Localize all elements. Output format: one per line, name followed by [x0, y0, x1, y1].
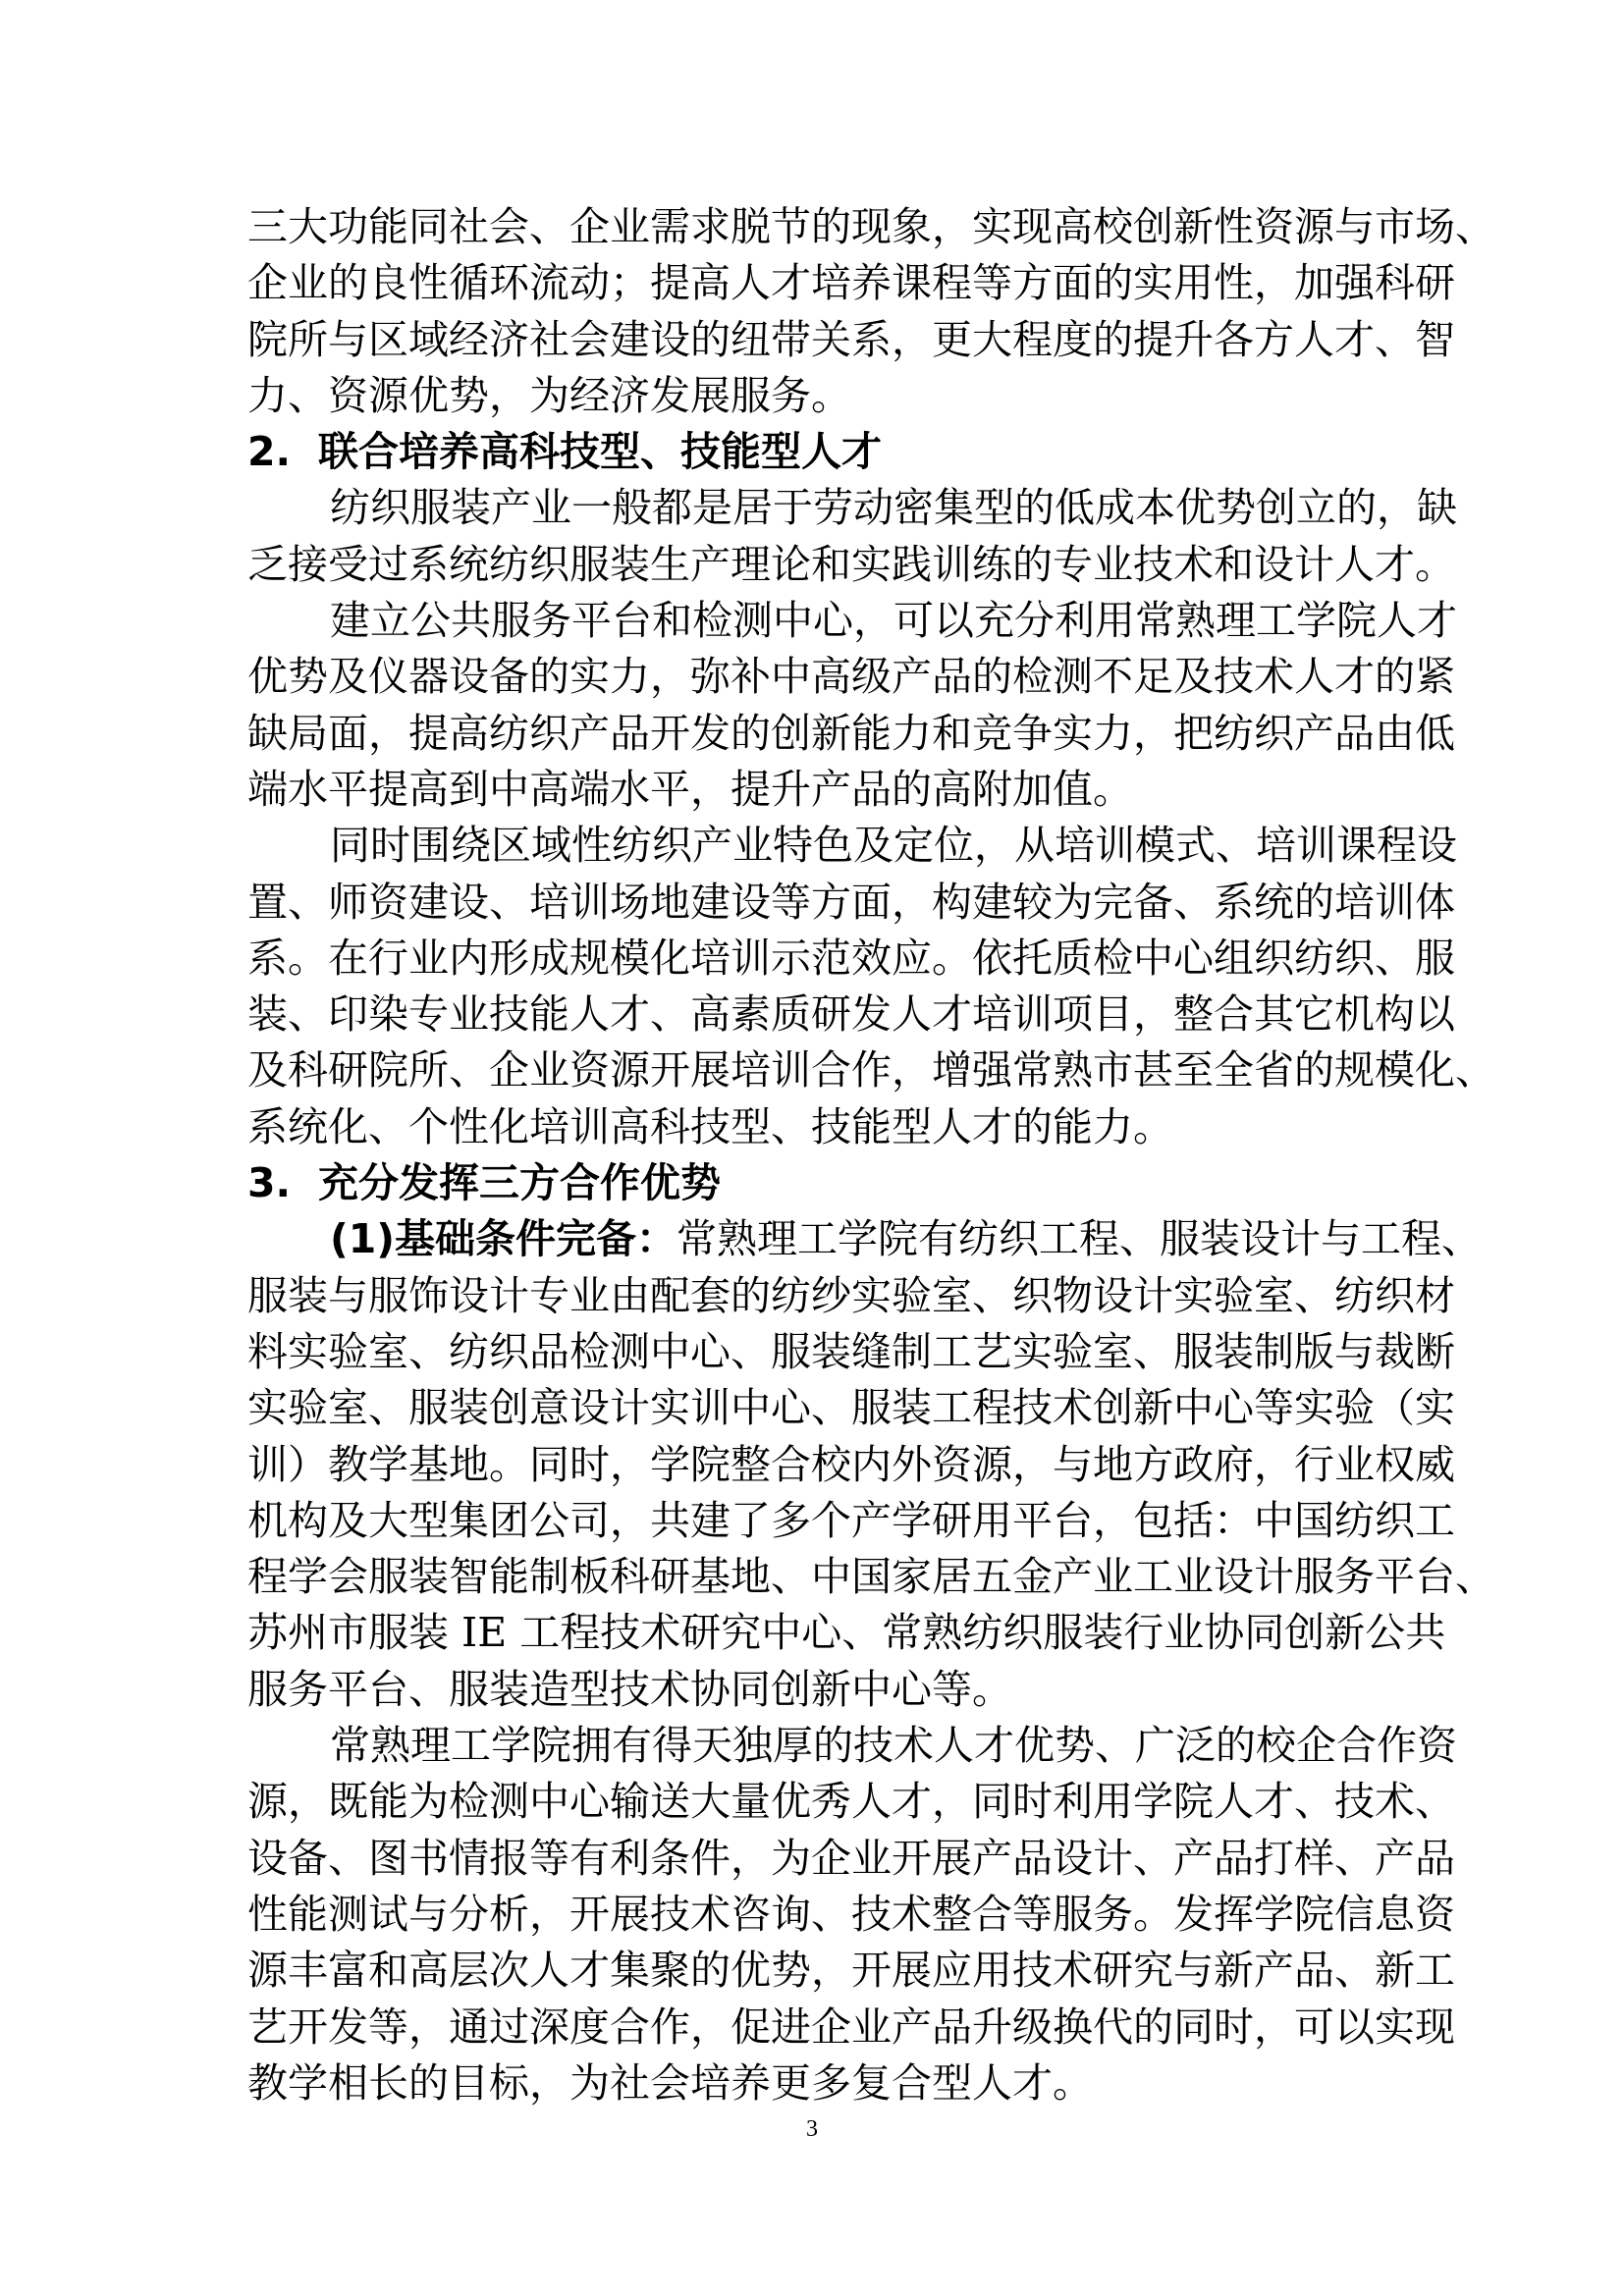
- text-line: 教学相长的目标，为社会培养更多复合型人才。: [247, 2056, 1379, 2111]
- text-line: 服装与服饰设计专业由配套的纺纱实验室、织物设计实验室、纺织材: [247, 1268, 1379, 1324]
- section-number: 2.: [247, 424, 318, 480]
- paragraph: 纺织服装产业一般都是居于劳动密集型的低成本优势创立的，缺乏接受过系统纺织服装生产…: [247, 480, 1379, 593]
- paragraph: (1)基础条件完备：常熟理工学院有纺织工程、服装设计与工程、服装与服饰设计专业由…: [247, 1211, 1379, 1718]
- text-line: 纺织服装产业一般都是居于劳动密集型的低成本优势创立的，缺: [247, 480, 1379, 536]
- text-line: 及科研院所、企业资源开展培训合作，增强常熟市甚至全省的规模化、: [247, 1042, 1379, 1098]
- item-text: 常熟理工学院有纺织工程、服装设计与工程、: [677, 1215, 1482, 1262]
- text-line: 料实验室、纺织品检测中心、服装缝制工艺实验室、服装制版与裁断: [247, 1324, 1379, 1380]
- section-number: 3.: [247, 1155, 318, 1211]
- text-line: 机构及大型集团公司，共建了多个产学研用平台，包括：中国纺织工: [247, 1493, 1379, 1549]
- item-lead-label: (1)基础条件完备：: [330, 1215, 677, 1262]
- text-line: (1)基础条件完备：常熟理工学院有纺织工程、服装设计与工程、: [247, 1211, 1379, 1267]
- text-line: 乏接受过系统纺织服装生产理论和实践训练的专业技术和设计人才。: [247, 537, 1379, 593]
- document-page: 三大功能同社会、企业需求脱节的现象，实现高校创新性资源与市场、企业的良性循环流动…: [0, 0, 1624, 2296]
- section-title: 充分发挥三方合作优势: [318, 1159, 721, 1206]
- text-line: 置、师资建设、培训场地建设等方面，构建较为完备、系统的培训体: [247, 875, 1379, 931]
- text-line: 苏州市服装 IE 工程技术研究中心、常熟纺织服装行业协同创新公共: [247, 1605, 1379, 1661]
- text-line: 常熟理工学院拥有得天独厚的技术人才优势、广泛的校企合作资: [247, 1718, 1379, 1774]
- text-line: 训）教学基地。同时，学院整合校内外资源，与地方政府，行业权威: [247, 1437, 1379, 1493]
- text-line: 系统化、个性化培训高科技型、技能型人才的能力。: [247, 1099, 1379, 1155]
- paragraph: 常熟理工学院拥有得天独厚的技术人才优势、广泛的校企合作资源，既能为检测中心输送大…: [247, 1718, 1379, 2111]
- text-line: 源，既能为检测中心输送大量优秀人才，同时利用学院人才、技术、: [247, 1774, 1379, 1830]
- document-body: 三大功能同社会、企业需求脱节的现象，实现高校创新性资源与市场、企业的良性循环流动…: [247, 199, 1379, 2111]
- text-line: 装、印染专业技能人才、高素质研发人才培训项目，整合其它机构以: [247, 987, 1379, 1042]
- paragraph: 三大功能同社会、企业需求脱节的现象，实现高校创新性资源与市场、企业的良性循环流动…: [247, 199, 1379, 424]
- text-line: 优势及仪器设备的实力，弥补中高级产品的检测不足及技术人才的紧: [247, 649, 1379, 705]
- text-line: 建立公共服务平台和检测中心，可以充分利用常熟理工学院人才: [247, 593, 1379, 649]
- text-line: 力、资源优势，为经济发展服务。: [247, 368, 1379, 424]
- section-heading: 2.联合培养高科技型、技能型人才: [247, 424, 1379, 480]
- text-line: 端水平提高到中高端水平，提升产品的高附加值。: [247, 762, 1379, 818]
- text-line: 同时围绕区域性纺织产业特色及定位，从培训模式、培训课程设: [247, 818, 1379, 874]
- section-title: 联合培养高科技型、技能型人才: [318, 428, 882, 475]
- text-line: 性能测试与分析，开展技术咨询、技术整合等服务。发挥学院信息资: [247, 1887, 1379, 1943]
- text-line: 服务平台、服装造型技术协同创新中心等。: [247, 1662, 1379, 1718]
- text-line: 程学会服装智能制板科研基地、中国家居五金产业工业设计服务平台、: [247, 1549, 1379, 1605]
- text-line: 缺局面，提高纺织产品开发的创新能力和竞争实力，把纺织产品由低: [247, 706, 1379, 762]
- text-line: 设备、图书情报等有利条件，为企业开展产品设计、产品打样、产品: [247, 1831, 1379, 1887]
- page-number: 3: [0, 2116, 1624, 2143]
- text-line: 企业的良性循环流动；提高人才培养课程等方面的实用性，加强科研: [247, 255, 1379, 311]
- text-line: 源丰富和高层次人才集聚的优势，开展应用技术研究与新产品、新工: [247, 1943, 1379, 1999]
- text-line: 三大功能同社会、企业需求脱节的现象，实现高校创新性资源与市场、: [247, 199, 1379, 255]
- paragraph: 同时围绕区域性纺织产业特色及定位，从培训模式、培训课程设置、师资建设、培训场地建…: [247, 818, 1379, 1155]
- paragraph: 建立公共服务平台和检测中心，可以充分利用常熟理工学院人才优势及仪器设备的实力，弥…: [247, 593, 1379, 818]
- section-heading: 3.充分发挥三方合作优势: [247, 1155, 1379, 1211]
- text-line: 艺开发等，通过深度合作，促进企业产品升级换代的同时，可以实现: [247, 2000, 1379, 2056]
- text-line: 系。在行业内形成规模化培训示范效应。依托质检中心组织纺织、服: [247, 931, 1379, 987]
- text-line: 实验室、服装创意设计实训中心、服装工程技术创新中心等实验（实: [247, 1380, 1379, 1436]
- text-line: 院所与区域经济社会建设的纽带关系，更大程度的提升各方人才、智: [247, 312, 1379, 368]
